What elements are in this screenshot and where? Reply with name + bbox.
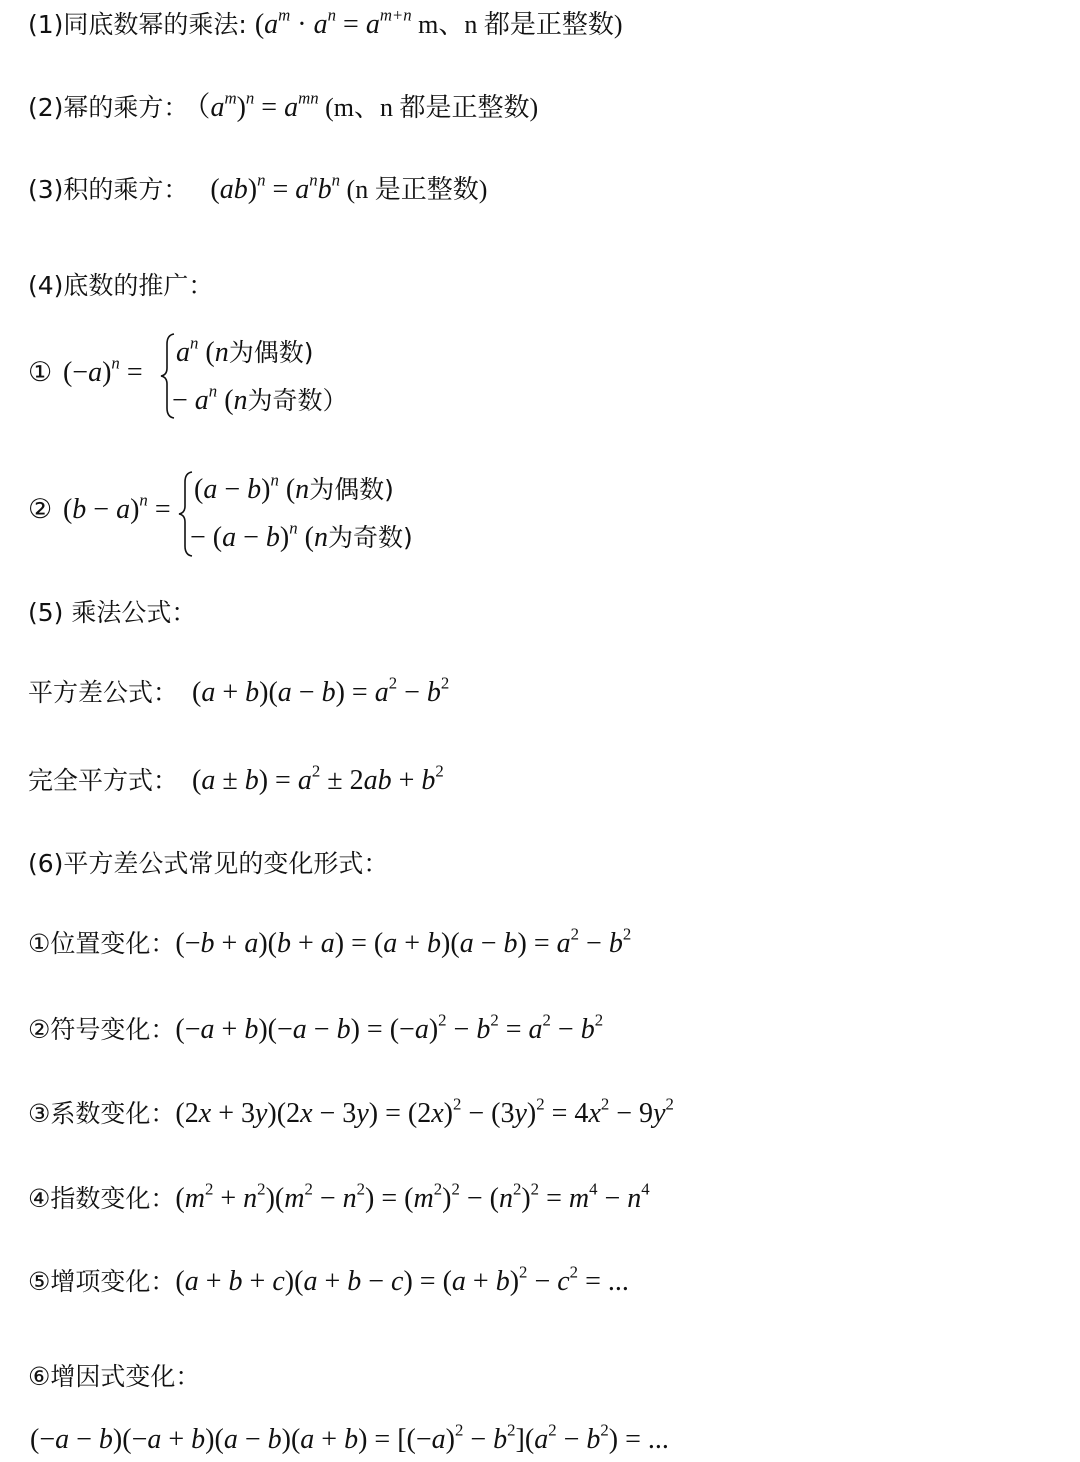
rule-4-label: (4)底数的推广： — [28, 271, 213, 300]
variation-exponent: ④指数变化：(m2 + n2)(m2 − n2) = (m2)2 − (n2)2… — [28, 1182, 650, 1216]
case-2-branch-even-cond: 为偶数) — [309, 475, 394, 504]
variation-exponent-label: ④指数变化： — [28, 1184, 175, 1213]
variation-coefficient-label: ③系数变化： — [28, 1099, 175, 1128]
case-1-branch-even-expr: an (n — [176, 337, 229, 368]
case-2-branch-even-expr: (a − b)n (n — [194, 474, 309, 505]
variation-add-term-formula: (a + b + c)(a + b − c) = (a + b)2 − c2 =… — [175, 1266, 628, 1297]
rule-2-formula: （am)n = amn — [196, 92, 318, 123]
difference-of-squares-label: 平方差公式： — [28, 678, 178, 707]
case-1-branch-odd: − an (n为奇数） — [172, 381, 348, 417]
difference-of-squares: 平方差公式：(a + b)(a − b) = a2 − b2 — [28, 676, 449, 710]
case-2-lhs: ② (b − a)n = — [28, 494, 171, 526]
variation-add-factor: (−a − b)(−a + b)(a − b)(a + b) = [(−a)2 … — [30, 1423, 669, 1457]
case-1-lhs-expr: (−a)n = — [63, 357, 143, 388]
rule-4-heading: (4)底数的推广： — [28, 270, 213, 301]
case-1-branch-odd-expr: − an (n — [172, 385, 248, 416]
rule-2-condition: (m、n 都是正整数) — [319, 93, 539, 122]
rule-1-label: (1)同底数幂的乘法: — [28, 10, 247, 39]
case-2-branch-odd: − (a − b)n (n为奇数) — [190, 518, 413, 554]
case-2-branch-even: (a − b)n (n为偶数) — [194, 470, 394, 506]
case-2-branch-odd-expr: − (a − b)n (n — [190, 522, 328, 553]
variation-coefficient-formula: (2x + 3y)(2x − 3y) = (2x)2 − (3y)2 = 4x2… — [175, 1098, 673, 1129]
variation-position-formula: (−b + a)(b + a) = (a + b)(a − b) = a2 − … — [175, 928, 631, 959]
variation-exponent-formula: (m2 + n2)(m2 − n2) = (m2)2 − (n2)2 = m4 … — [175, 1183, 649, 1214]
rule-5-heading: (5) 乘法公式： — [28, 597, 196, 628]
case-1-branch-odd-cond: 为奇数） — [248, 386, 348, 415]
perfect-square-formula: (a ± b) = a2 ± 2ab + b2 — [192, 765, 444, 796]
rule-1-same-base-multiplication: (1)同底数幂的乘法:(am · an = am+n m、n 都是正整数) — [28, 8, 623, 42]
rule-3-condition: (n 是正整数) — [340, 175, 487, 204]
rule-6-heading: (6)平方差公式常见的变化形式： — [28, 848, 388, 879]
case-1-branch-even-cond: 为偶数) — [229, 338, 314, 367]
perfect-square-label: 完全平方式： — [28, 766, 178, 795]
case-2-branch-odd-cond: 为奇数) — [328, 523, 413, 552]
rule-3-label: (3)积的乘方： — [28, 175, 188, 204]
rule-3-formula: (ab)n = anbn — [210, 174, 340, 205]
case-1-marker: ① — [28, 357, 52, 387]
case-2-marker: ② — [28, 494, 52, 524]
variation-coefficient: ③系数变化：(2x + 3y)(2x − 3y) = (2x)2 − (3y)2… — [28, 1097, 674, 1131]
rule-3-power-of-product: (3)积的乘方：(ab)n = anbn (n 是正整数) — [28, 173, 487, 207]
variation-position: ①位置变化：(−b + a)(b + a) = (a + b)(a − b) =… — [28, 927, 631, 961]
rule-2-label: (2)幂的乘方： — [28, 93, 188, 122]
case-1-branch-even: an (n为偶数) — [176, 333, 313, 369]
difference-of-squares-formula: (a + b)(a − b) = a2 − b2 — [192, 677, 449, 708]
rule-2-power-of-power: (2)幂的乘方：（am)n = amn (m、n 都是正整数) — [28, 91, 538, 125]
rule-1-formula: (am · an = am+n — [255, 9, 412, 40]
variation-position-label: ①位置变化： — [28, 929, 175, 958]
variation-add-factor-formula: (−a − b)(−a + b)(a − b)(a + b) = [(−a)2 … — [30, 1424, 669, 1455]
variation-sign-formula: (−a + b)(−a − b) = (−a)2 − b2 = a2 − b2 — [175, 1014, 603, 1045]
variation-add-factor-heading: ⑥增因式变化： — [28, 1361, 200, 1392]
case-2-lhs-expr: (b − a)n = — [63, 494, 171, 525]
variation-add-term-label: ⑤增项变化： — [28, 1267, 175, 1296]
rule-1-condition: m、n 都是正整数) — [412, 10, 623, 39]
rule-6-label: (6)平方差公式常见的变化形式： — [28, 849, 388, 878]
variation-sign: ②符号变化：(−a + b)(−a − b) = (−a)2 − b2 = a2… — [28, 1013, 603, 1047]
variation-sign-label: ②符号变化： — [28, 1015, 175, 1044]
case-1-lhs: ① (−a)n = — [28, 357, 143, 389]
rule-5-label: (5) 乘法公式： — [28, 598, 196, 627]
perfect-square: 完全平方式：(a ± b) = a2 ± 2ab + b2 — [28, 764, 444, 798]
variation-add-factor-label: ⑥增因式变化： — [28, 1362, 200, 1391]
variation-add-term: ⑤增项变化：(a + b + c)(a + b − c) = (a + b)2 … — [28, 1265, 629, 1299]
